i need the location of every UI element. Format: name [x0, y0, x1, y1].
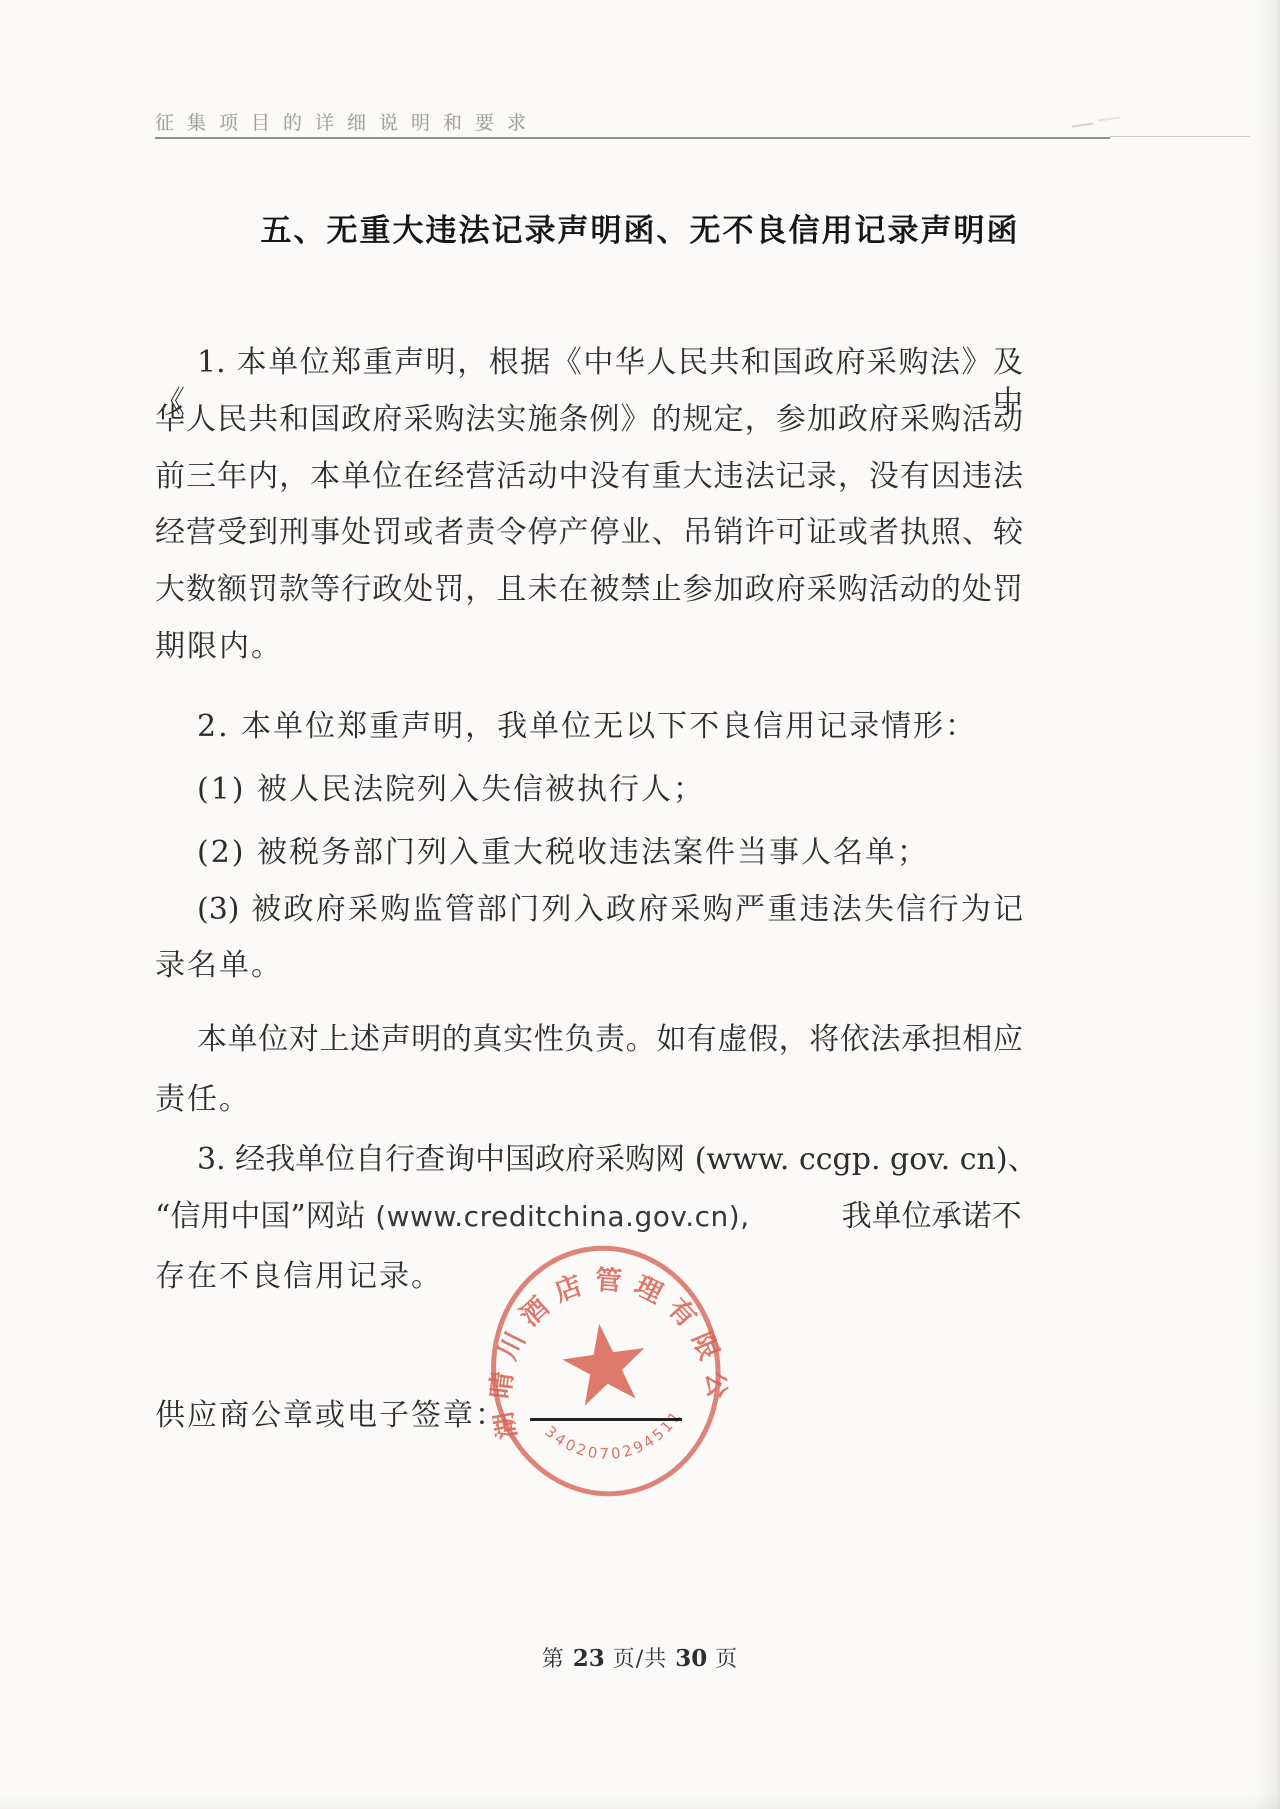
body-line: 1. 本单位郑重声明，根据《中华人民共和国政府采购法》及《中 [155, 343, 1023, 385]
footer-page-number: 23 [573, 1645, 605, 1672]
body-line: (1) 被人民法院列入失信被执行人； [155, 770, 1023, 812]
credit-china-prefix: “信用中国”网站 [155, 1199, 375, 1234]
scan-edge-shadow [1254, 0, 1280, 1809]
footer-middle: 页/共 [605, 1647, 675, 1672]
body-line: 3. 经我单位自行查询中国政府采购网 (www. ccgp. gov. cn)、 [155, 1140, 1023, 1182]
page-footer: 第 23 页/共 30 页 [0, 1642, 1280, 1673]
body-line: 2. 本单位郑重声明，我单位无以下不良信用记录情形： [155, 707, 1023, 749]
svg-text:3402070294511: 3402070294511 [540, 1404, 691, 1472]
header-rule-light [1110, 136, 1250, 137]
signature-label: 供应商公章或电子签章： [155, 1390, 507, 1434]
footer-total-pages: 30 [675, 1645, 707, 1672]
body-line: 录名单。 [155, 946, 1023, 988]
footer-suffix: 页 [707, 1647, 738, 1672]
seal-star-icon [558, 1318, 651, 1408]
body-line: 责任。 [155, 1080, 1023, 1122]
seal-number: 3402070294511 [540, 1404, 691, 1472]
body-line: 经营受到刑事处罚或者责令停产停业、吊销许可证或者执照、较 [155, 513, 1023, 555]
body-line: (2) 被税务部门列入重大税收违法案件当事人名单； [155, 833, 1023, 875]
body-line: 大数额罚款等行政处罚，且未在被禁止参加政府采购活动的处罚 [155, 570, 1023, 612]
body-line: 期限内。 [155, 627, 1023, 669]
credit-china-suffix: 我单位承诺不 [842, 1199, 1022, 1234]
body-line: 本单位对上述声明的真实性负责。如有虚假，将依法承担相应 [155, 1020, 1023, 1062]
body-line: 华人民共和国政府采购法实施条例》的规定，参加政府采购活动 [155, 400, 1023, 442]
scan-edge-shadow-bottom [0, 1795, 1280, 1809]
section-header-label: 征集项目的详细说明和要求 [155, 108, 1115, 135]
scanned-document-page: { "header": { "section_label": "征集项目的详细说… [0, 0, 1280, 1809]
body-line: (3) 被政府采购监管部门列入政府采购严重违法失信行为记 [155, 890, 1023, 932]
document-title: 五、无重大违法记录声明函、无不良信用记录声明函 [0, 205, 1280, 250]
footer-prefix: 第 [542, 1647, 573, 1672]
header-rule [155, 137, 1110, 139]
company-seal-stamp: 芜湖晴川酒店管理有限公司 3402070294511 [470, 1225, 742, 1520]
body-line: 前三年内，本单位在经营活动中没有重大违法记录，没有因违法 [155, 457, 1023, 499]
body-line-credit-china: “信用中国”网站 (www.creditchina.gov.cn),我单位承诺不 [155, 1197, 1023, 1239]
